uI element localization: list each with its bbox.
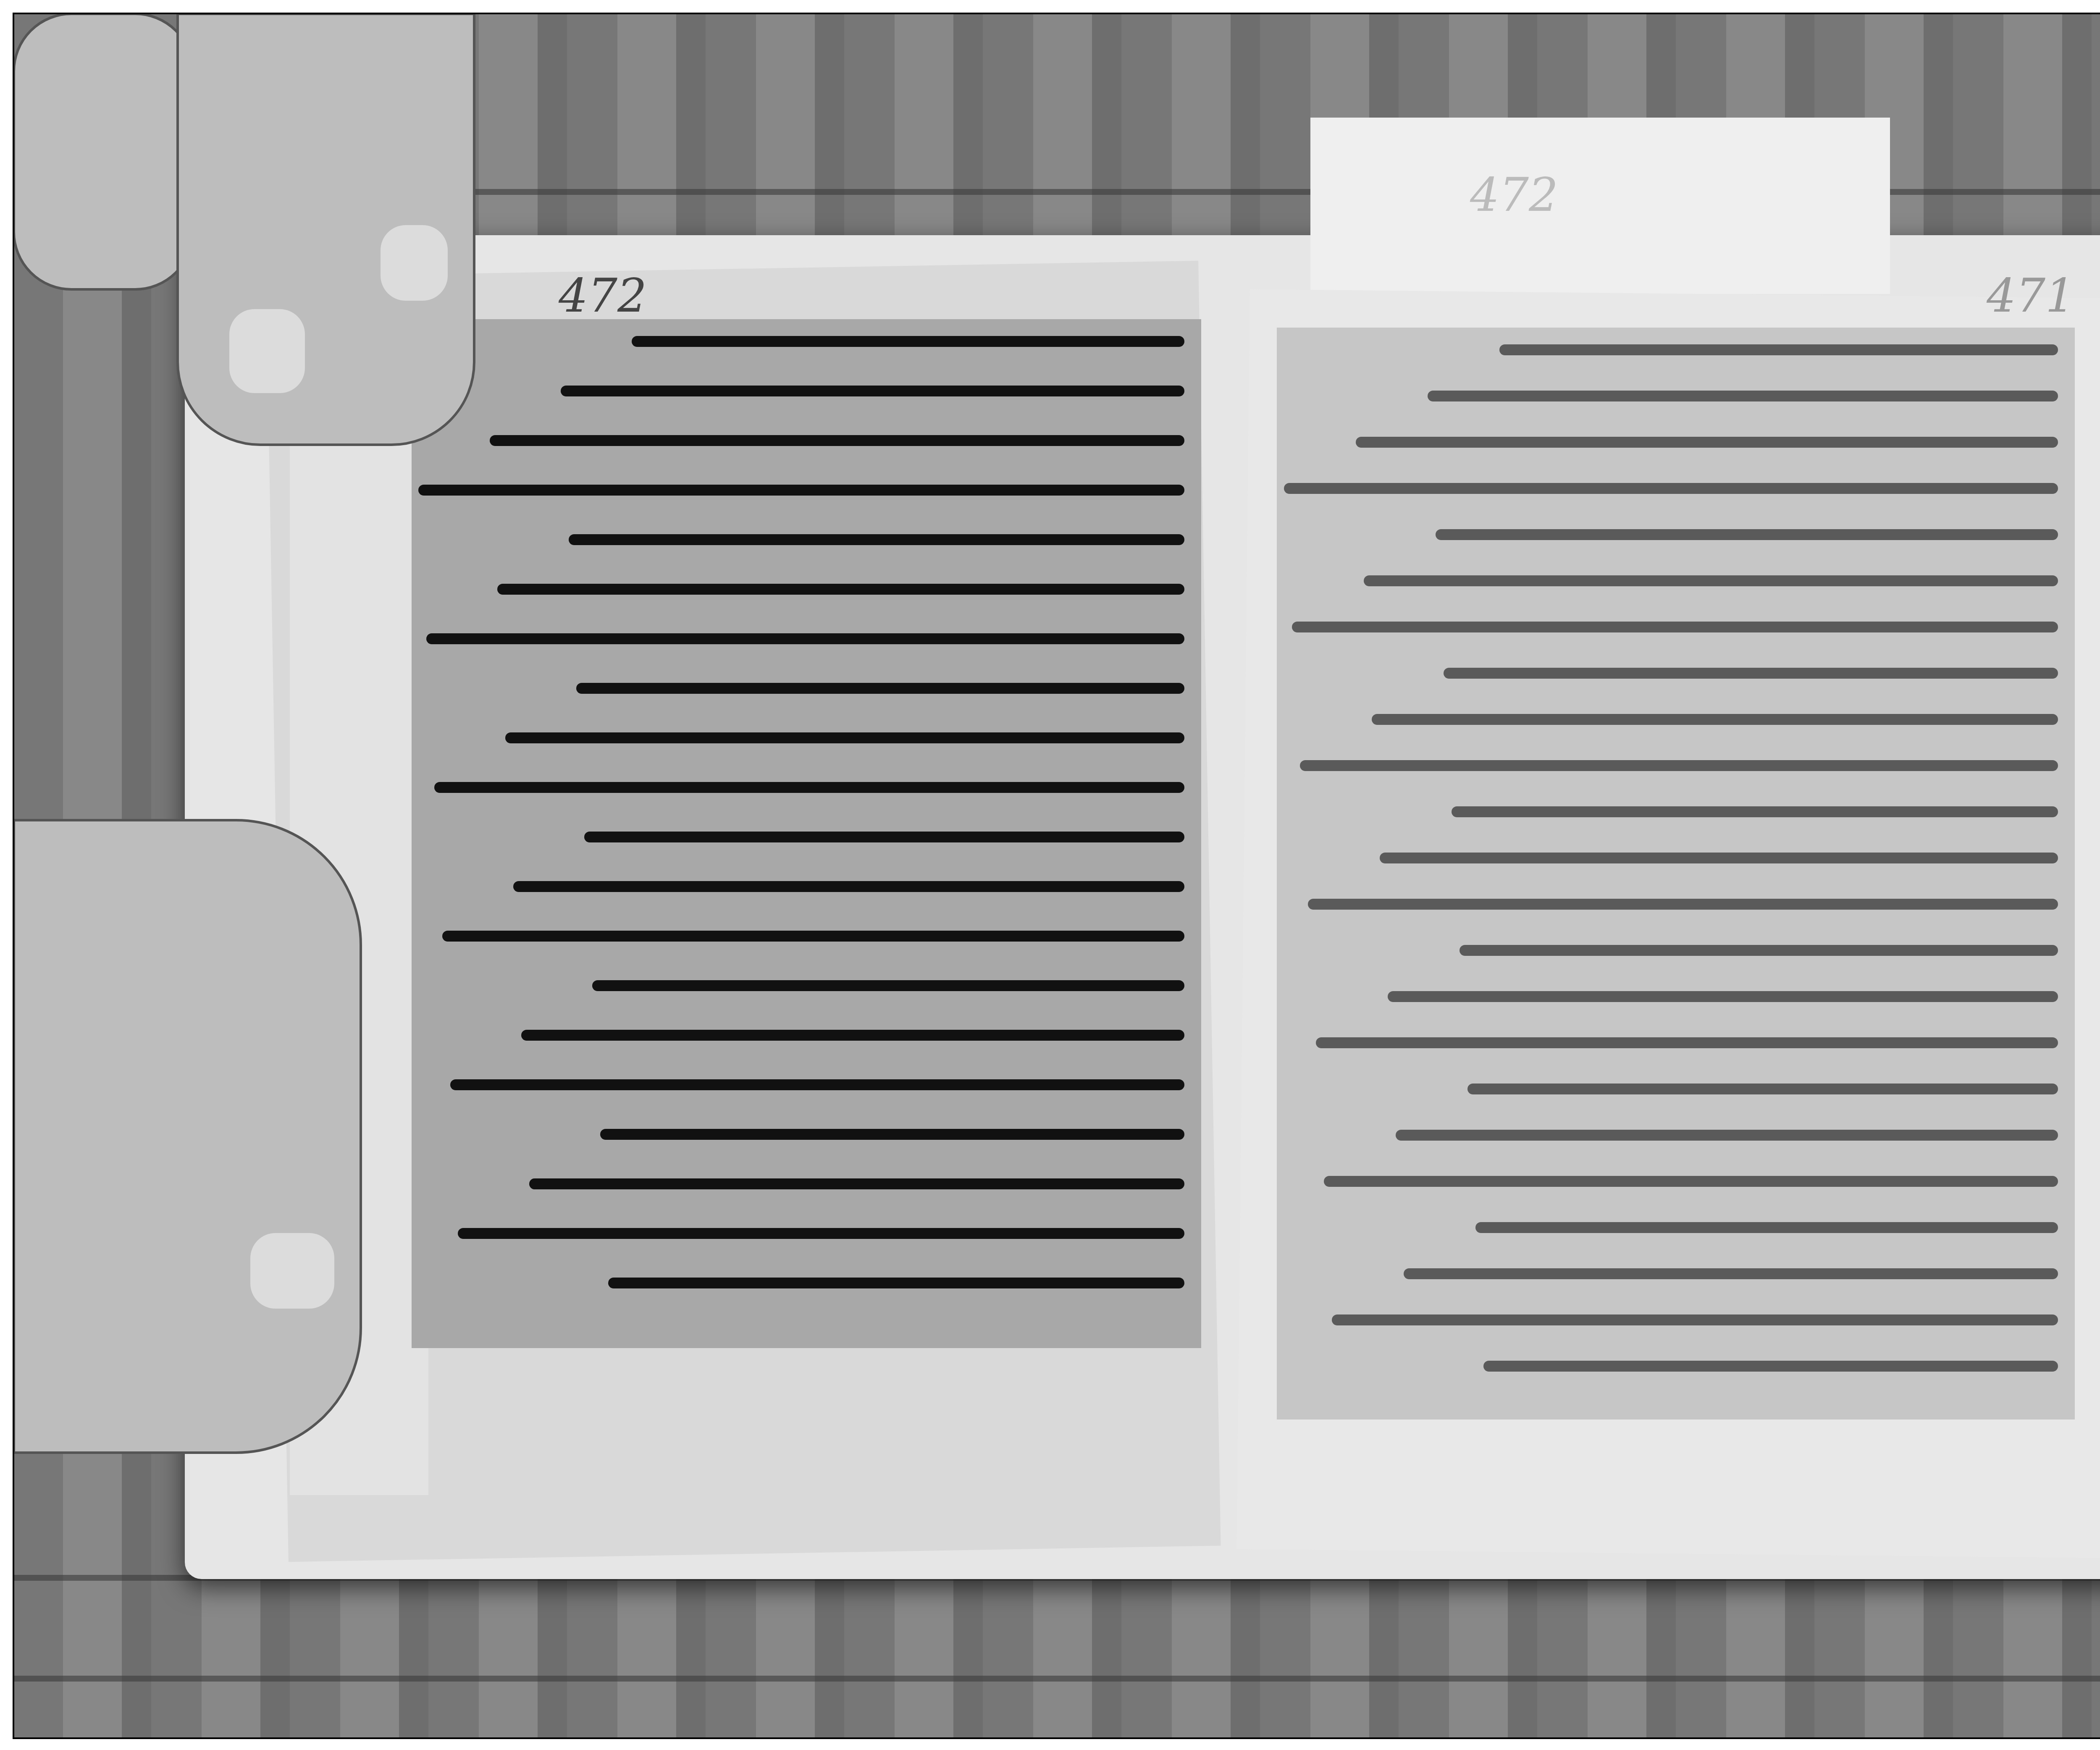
manuscript-text-line — [569, 534, 1184, 545]
manuscript-text-line — [561, 386, 1184, 396]
right-page-text-block — [1277, 328, 2075, 1419]
manuscript-text-line — [1316, 1037, 2058, 1048]
manuscript-text-line — [1483, 1361, 2058, 1372]
thumbnail — [229, 309, 305, 393]
manuscript-text-line — [584, 832, 1184, 842]
manuscript-text-line — [600, 1129, 1184, 1140]
manuscript-text-line — [1452, 806, 2058, 817]
table-plank-seam — [13, 1676, 2100, 1682]
manuscript-text-line — [1372, 714, 2058, 725]
left-page-number: 472 — [559, 269, 647, 323]
manuscript-text-line — [434, 782, 1184, 793]
manuscript-text-line — [418, 485, 1184, 496]
manuscript-text-line — [1459, 945, 2058, 956]
left-page-text-block — [412, 319, 1201, 1348]
manuscript-text-line — [513, 881, 1184, 892]
inserted-paper-slip: 472 — [1310, 118, 1890, 294]
manuscript-text-line — [1284, 483, 2058, 494]
manuscript-text-line — [1324, 1176, 2058, 1187]
manuscript-text-line — [497, 584, 1184, 595]
manuscript-text-line — [426, 633, 1184, 644]
manuscript-text-line — [1499, 344, 2058, 355]
hand-top-left — [13, 13, 194, 291]
manuscript-text-line — [1396, 1130, 2058, 1141]
manuscript-text-line — [608, 1278, 1184, 1288]
manuscript-text-line — [1364, 575, 2058, 586]
fingernail — [250, 1233, 334, 1309]
manuscript-text-line — [490, 435, 1184, 446]
manuscript-text-line — [1308, 899, 2058, 910]
manuscript-text-line — [1356, 437, 2058, 448]
manuscript-text-line — [450, 1079, 1184, 1090]
manuscript-text-line — [521, 1030, 1184, 1041]
manuscript-text-line — [1475, 1222, 2058, 1233]
right-page-number: 471 — [1987, 269, 2075, 323]
manuscript-text-line — [576, 683, 1184, 694]
hand-holding-left-page — [176, 13, 475, 446]
manuscript-text-line — [1467, 1084, 2058, 1094]
manuscript-text-line — [442, 931, 1184, 942]
manuscript-text-line — [505, 732, 1184, 743]
manuscript-text-line — [632, 336, 1184, 347]
manuscript-text-line — [1292, 622, 2058, 632]
manuscript-text-line — [458, 1228, 1184, 1239]
manuscript-text-line — [1380, 853, 2058, 863]
manuscript-text-line — [1332, 1314, 2058, 1325]
manuscript-text-line — [1388, 991, 2058, 1002]
manuscript-text-line — [1444, 668, 2058, 679]
hand-bottom-left — [13, 819, 362, 1454]
manuscript-text-line — [1404, 1268, 2058, 1279]
manuscript-text-line — [592, 980, 1184, 991]
fingernail — [381, 225, 448, 301]
manuscript-text-line — [529, 1178, 1184, 1189]
manuscript-text-line — [1300, 760, 2058, 771]
manuscript-text-line — [1428, 391, 2058, 401]
manuscript-text-line — [1436, 529, 2058, 540]
